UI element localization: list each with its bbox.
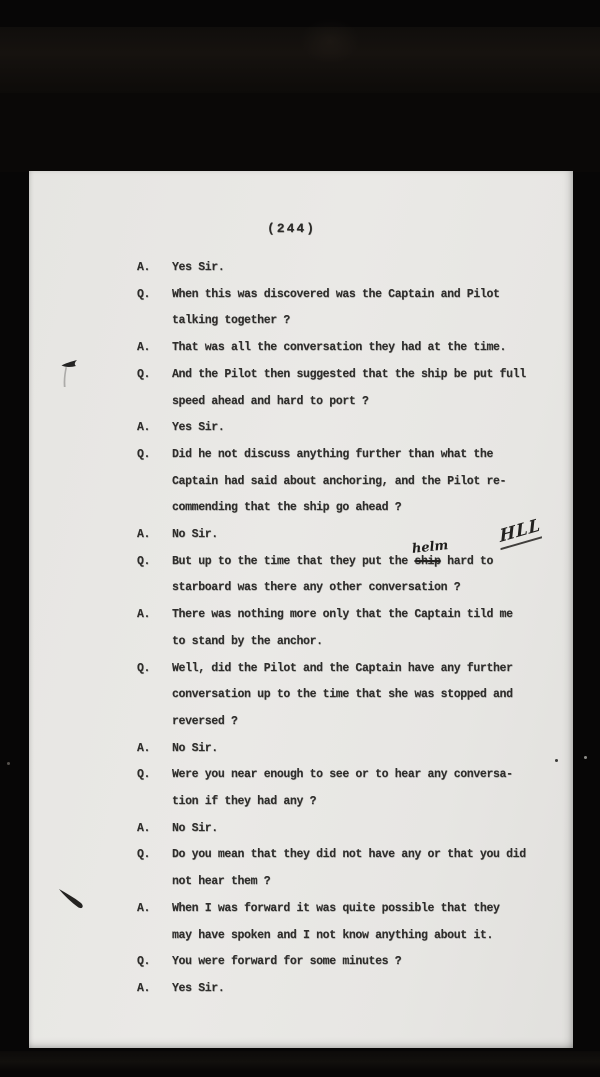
transcript-entry: Q.Well, did the Pilot and the Captain ha… xyxy=(137,656,557,736)
strikethrough-correction: helmship xyxy=(414,549,440,576)
transcript-entry: A.That was all the conversation they had… xyxy=(137,335,557,362)
speaker-label: Q. xyxy=(137,362,172,389)
transcript-line: Yes Sir. xyxy=(172,255,557,282)
speaker-label: Q. xyxy=(137,656,172,683)
speaker-label: A. xyxy=(137,335,172,362)
paper-speck xyxy=(555,759,558,762)
transcript-line: starboard was there any other conversati… xyxy=(172,575,557,602)
transcript-line: Do you mean that they did not have any o… xyxy=(172,842,557,869)
entry-lines: No Sir. xyxy=(172,736,557,763)
transcript-entry: A.No Sir. xyxy=(137,816,557,843)
transcript-line: You were forward for some minutes ? xyxy=(172,949,557,976)
scan-bottom-band xyxy=(0,1051,600,1071)
transcript-line: Did he not discuss anything further than… xyxy=(172,442,557,469)
entry-lines: Did he not discuss anything further than… xyxy=(172,442,557,522)
speaker-label: Q. xyxy=(137,549,172,576)
scan-smudge xyxy=(300,18,360,64)
transcript-line: But up to the time that they put the hel… xyxy=(172,549,557,576)
speaker-label: Q. xyxy=(137,762,172,789)
speaker-label: A. xyxy=(137,896,172,923)
transcript-line: to stand by the anchor. xyxy=(172,629,557,656)
entry-lines: Well, did the Pilot and the Captain have… xyxy=(172,656,557,736)
speaker-label: A. xyxy=(137,736,172,763)
entry-lines: When this was discovered was the Captain… xyxy=(172,282,557,335)
transcript-line: Yes Sir. xyxy=(172,976,557,1003)
entry-lines: Yes Sir. xyxy=(172,415,557,442)
transcript-line: not hear them ? xyxy=(172,869,557,896)
margin-ink-mark xyxy=(57,887,93,920)
transcript-line: Captain had said about anchoring, and th… xyxy=(172,469,557,496)
entry-lines: There was nothing more only that the Cap… xyxy=(172,602,557,655)
speaker-label: A. xyxy=(137,522,172,549)
transcript-line: There was nothing more only that the Cap… xyxy=(172,602,557,629)
transcript-entry: A.No Sir. xyxy=(137,522,557,549)
entry-lines: When I was forward it was quite possible… xyxy=(172,896,557,949)
transcript-line: No Sir. xyxy=(172,816,557,843)
transcript-line: And the Pilot then suggested that the sh… xyxy=(172,362,557,389)
transcript-line: That was all the conversation they had a… xyxy=(172,335,557,362)
speaker-label: Q. xyxy=(137,282,172,309)
transcript-entry: Q.When this was discovered was the Capta… xyxy=(137,282,557,335)
transcript-line: Were you near enough to see or to hear a… xyxy=(172,762,557,789)
line-text-before: But up to the time that they put the xyxy=(172,555,414,568)
entry-lines: You were forward for some minutes ? xyxy=(172,949,557,976)
transcript-line: No Sir. xyxy=(172,736,557,763)
transcript-entry: A.When I was forward it was quite possib… xyxy=(137,896,557,949)
margin-ink-mark xyxy=(56,353,84,398)
entry-lines: That was all the conversation they had a… xyxy=(172,335,557,362)
transcript-entry: Q.And the Pilot then suggested that the … xyxy=(137,362,557,415)
scan-mid-band xyxy=(0,93,600,172)
transcript-line: tion if they had any ? xyxy=(172,789,557,816)
entry-lines: But up to the time that they put the hel… xyxy=(172,549,557,602)
transcript-entry: Q.Do you mean that they did not have any… xyxy=(137,842,557,895)
transcript-line: reversed ? xyxy=(172,709,557,736)
speaker-label: Q. xyxy=(137,442,172,469)
transcript-line: Well, did the Pilot and the Captain have… xyxy=(172,656,557,683)
transcript-entry: Q.You were forward for some minutes ? xyxy=(137,949,557,976)
transcript-entry: A.Yes Sir. xyxy=(137,255,557,282)
entry-lines: Do you mean that they did not have any o… xyxy=(172,842,557,895)
transcript-entry: A.Yes Sir. xyxy=(137,976,557,1003)
transcript-line: When I was forward it was quite possible… xyxy=(172,896,557,923)
transcript-entry: Q.Were you near enough to see or to hear… xyxy=(137,762,557,815)
entry-lines: Yes Sir. xyxy=(172,976,557,1003)
page-number-text: (244) xyxy=(267,221,316,236)
handwritten-word: helm xyxy=(411,533,450,563)
transcript-line: Yes Sir. xyxy=(172,415,557,442)
transcript-entry: A.Yes Sir. xyxy=(137,415,557,442)
page-number: (244) xyxy=(29,221,573,236)
speaker-label: A. xyxy=(137,415,172,442)
transcript-entry: Q.Did he not discuss anything further th… xyxy=(137,442,557,522)
dust-speck xyxy=(584,756,587,759)
transcript-line: When this was discovered was the Captain… xyxy=(172,282,557,309)
transcript-line: talking together ? xyxy=(172,308,557,335)
speaker-label: Q. xyxy=(137,842,172,869)
speaker-label: A. xyxy=(137,976,172,1003)
transcript-line: speed ahead and hard to port ? xyxy=(172,389,557,416)
entry-lines: Yes Sir. xyxy=(172,255,557,282)
transcript-entry: Q.But up to the time that they put the h… xyxy=(137,549,557,602)
document-page: (244) A.Yes Sir.Q.When this was discover… xyxy=(29,171,573,1048)
entry-lines: No Sir. xyxy=(172,816,557,843)
speaker-label: A. xyxy=(137,602,172,629)
dust-speck xyxy=(7,762,10,765)
transcript-entry: A.There was nothing more only that the C… xyxy=(137,602,557,655)
transcript-entry: A.No Sir. xyxy=(137,736,557,763)
speaker-label: Q. xyxy=(137,949,172,976)
transcript-line: commending that the ship go ahead ? xyxy=(172,495,557,522)
speaker-label: A. xyxy=(137,816,172,843)
transcript-line: may have spoken and I not know anything … xyxy=(172,923,557,950)
speaker-label: A. xyxy=(137,255,172,282)
transcript-line: conversation up to the time that she was… xyxy=(172,682,557,709)
entry-lines: And the Pilot then suggested that the sh… xyxy=(172,362,557,415)
entry-lines: Were you near enough to see or to hear a… xyxy=(172,762,557,815)
transcript-content: A.Yes Sir.Q.When this was discovered was… xyxy=(137,255,557,1003)
